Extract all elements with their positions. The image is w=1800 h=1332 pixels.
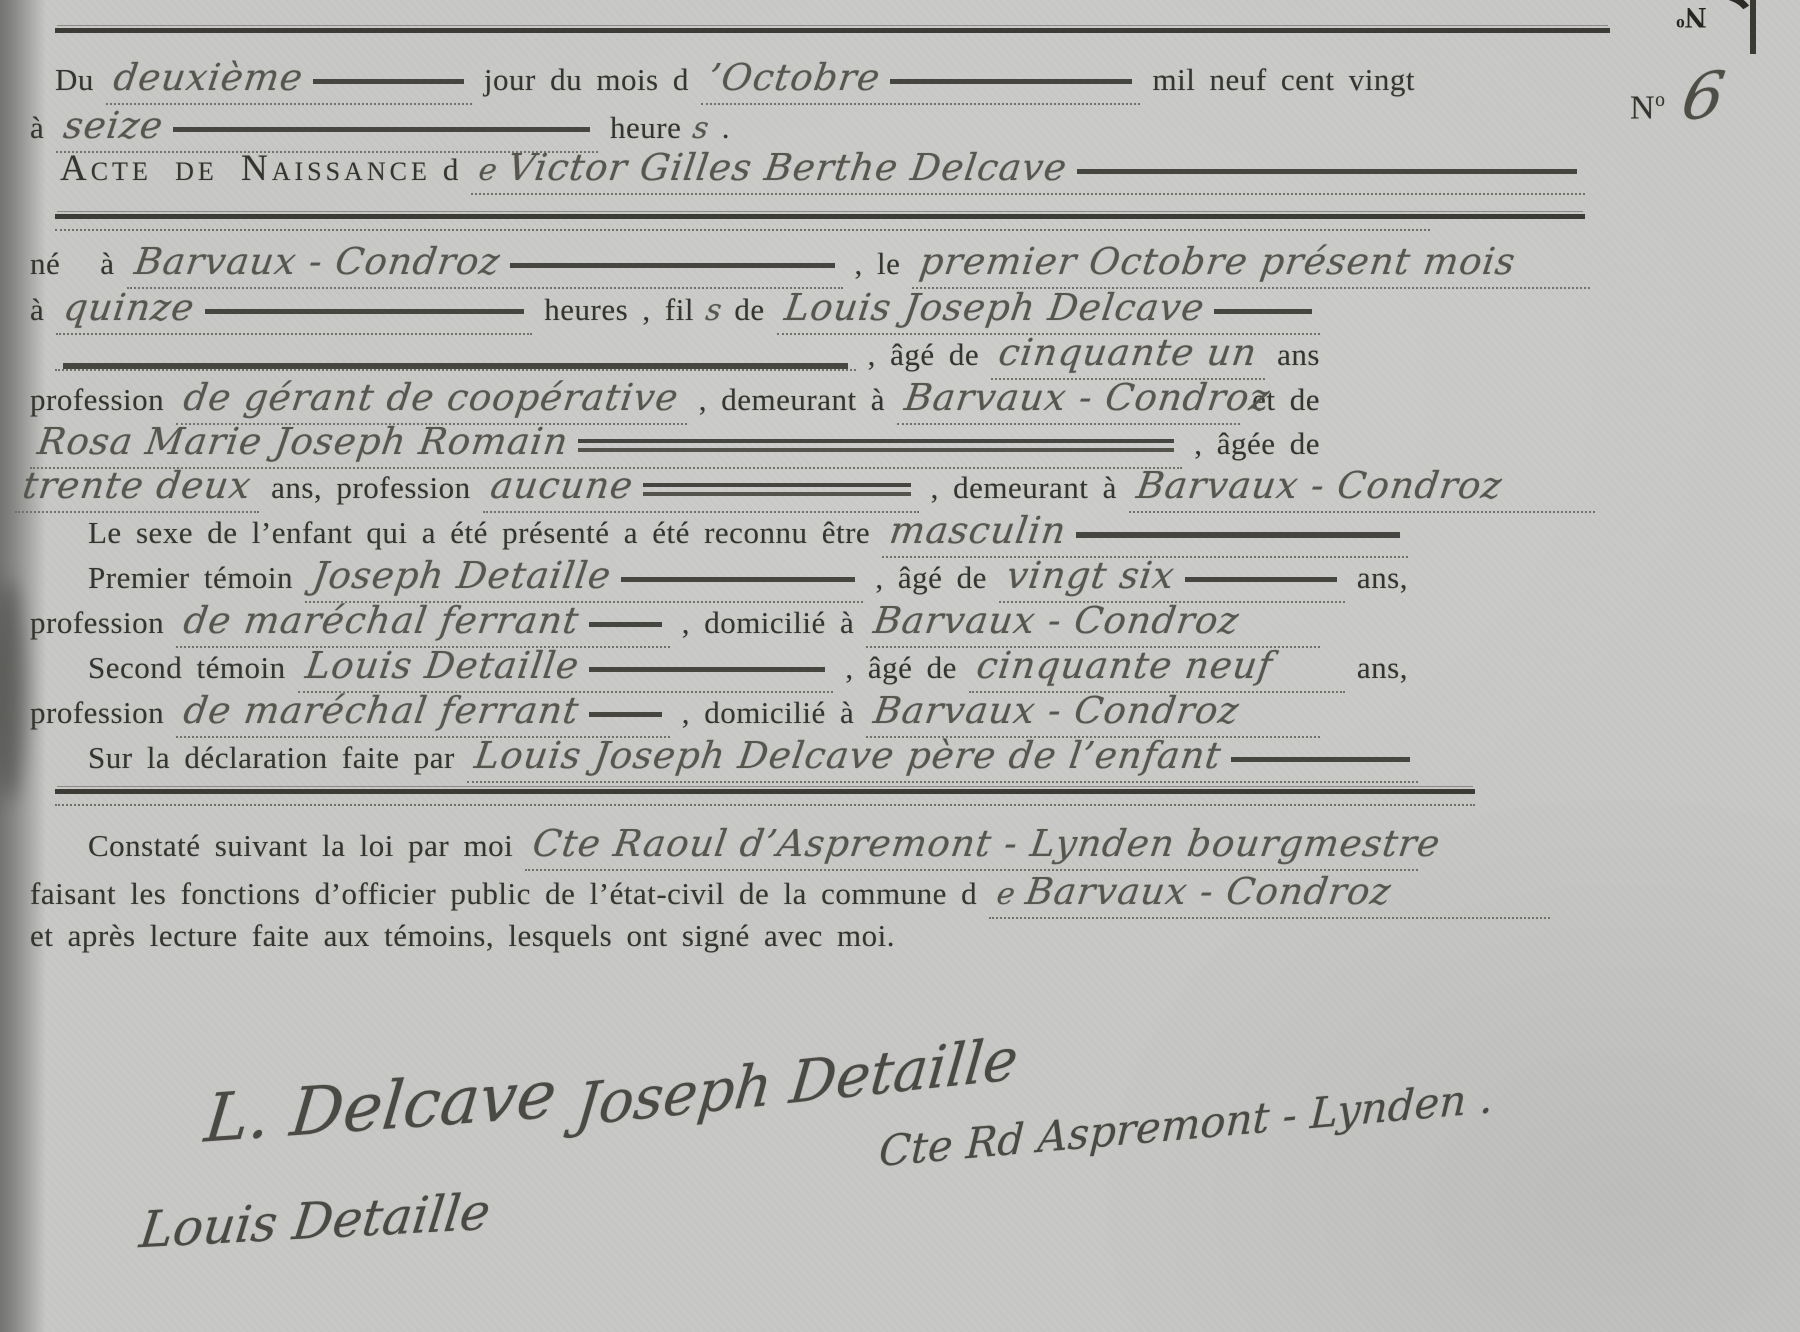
- separator-rule: [55, 214, 1585, 219]
- first-witness-name-field: Joseph Detaille: [305, 554, 863, 603]
- printed-text: .: [722, 110, 730, 146]
- ink-stroke: [205, 309, 524, 314]
- mother-profession-field: aucune: [483, 464, 919, 513]
- form-line-second-witness: Second témoin Louis Detaille , âgé de ci…: [88, 644, 1408, 693]
- handwritten-birthplace: Barvaux - Condroz: [132, 240, 503, 283]
- form-line-date: Du deuxième jour du mois d ’Octobre mil …: [55, 56, 1415, 105]
- handwritten-birthdate: premier Octobre présent mois: [917, 240, 1519, 283]
- first-witness-profession-field: de maréchal ferrant: [176, 599, 670, 648]
- printed-text: , âgé de: [845, 650, 957, 686]
- ink-stroke: [1231, 757, 1410, 762]
- ink-stroke: [890, 79, 1132, 84]
- form-line-birthplace: né à Barvaux - Condroz , le premier Octo…: [30, 240, 1590, 289]
- handwritten-first-witness-profession: de maréchal ferrant: [181, 599, 582, 642]
- father-profession-field: de gérant de coopérative: [176, 376, 687, 425]
- handwritten-first-witness-residence: Barvaux - Condroz: [871, 599, 1242, 642]
- printed-text: faisant les fonctions d’officier public …: [30, 876, 977, 912]
- form-line-declarant: Sur la déclaration faite par Louis Josep…: [88, 734, 1418, 783]
- act-title: Acte de Naissance: [60, 147, 431, 190]
- printed-text: , domicilié à: [682, 695, 855, 731]
- second-witness-age-field: cinquante neuf: [969, 644, 1345, 693]
- printed-text: Du: [55, 62, 94, 98]
- handwritten-father-profession: de gérant de coopérative: [181, 376, 682, 419]
- birth-hour-field: quinze: [56, 286, 532, 335]
- officer-name-field: Cte Raoul d’Aspremont - Lynden bourgmest…: [525, 822, 1418, 871]
- second-witness-name-field: Louis Detaille: [298, 644, 834, 693]
- child-name-field: e Victor Gilles Berthe Delcave: [471, 146, 1585, 195]
- printed-text: ans,: [1357, 560, 1408, 596]
- form-line-commune: faisant les fonctions d’officier public …: [30, 870, 1550, 919]
- printed-text: heure: [610, 110, 681, 146]
- printed-text: , demeurant à: [931, 470, 1117, 506]
- mother-name-field: Rosa Marie Joseph Romain: [30, 420, 1182, 469]
- printed-text: , âgé de: [875, 560, 987, 596]
- handwritten-officer-name: Cte Raoul d’Aspremont - Lynden bourgmest…: [530, 822, 1443, 865]
- ink-stroke: [313, 79, 464, 84]
- printed-text: ans, profession: [271, 470, 470, 506]
- ink-stroke: [1077, 169, 1577, 174]
- handwritten-declarant: Louis Joseph Delcave père de l’enfant: [472, 734, 1224, 777]
- handwritten-day: deuxième: [111, 56, 306, 99]
- form-line-title: Acte de Naissance d e Victor Gilles Bert…: [60, 146, 1585, 195]
- registry-number: No 6: [1630, 60, 1725, 134]
- handwritten-e: e: [476, 153, 500, 188]
- handwritten-father-residence: Barvaux - Condroz: [902, 376, 1273, 419]
- handwritten-second-witness-residence: Barvaux - Condroz: [871, 689, 1242, 732]
- handwritten-father-name: Louis Joseph Delcave: [782, 286, 1208, 329]
- printed-text: , domicilié à: [682, 605, 855, 641]
- handwritten-e: e: [995, 877, 1019, 912]
- form-line-second-witness-profession: profession de maréchal ferrant , domicil…: [30, 689, 1320, 738]
- number-value: 6: [1678, 58, 1731, 136]
- handwritten-s: s: [691, 111, 712, 146]
- handwritten-mother-residence: Barvaux - Condroz: [1134, 464, 1505, 507]
- top-rule: [55, 28, 1610, 33]
- printed-text: ans: [1277, 337, 1320, 373]
- form-line-first-witness: Premier témoin Joseph Detaille , âgé de …: [88, 554, 1408, 603]
- form-line-sex: Le sexe de l’enfant qui a été présenté a…: [88, 509, 1408, 558]
- handwritten-hour: seize: [61, 104, 166, 147]
- ink-stroke-double: [578, 439, 1174, 452]
- handwritten-second-witness: Louis Detaille: [303, 644, 582, 687]
- printed-text: , demeurant à: [699, 382, 885, 418]
- ink-stroke: [589, 622, 662, 627]
- handwritten-s: s: [704, 293, 725, 328]
- printed-text: de: [734, 292, 764, 328]
- ink-stroke: [1214, 309, 1312, 314]
- father-residence-field: Barvaux - Condroz: [897, 376, 1240, 425]
- printed-text: Premier témoin: [88, 560, 293, 596]
- ink-stroke: [589, 667, 826, 672]
- separator-rule: [55, 789, 1475, 794]
- form-line-mother-name: Rosa Marie Joseph Romain , âgée de: [30, 420, 1320, 469]
- birth-certificate-scan: No No 6 Du deuxième jour du mois d ’Octo…: [0, 0, 1800, 1332]
- form-line-closing: et après lecture faite aux témoins, lesq…: [30, 918, 895, 954]
- printed-text: à: [100, 246, 114, 282]
- handwritten-first-witness-age: vingt six: [1004, 554, 1178, 597]
- printed-text: Le sexe de l’enfant qui a été présenté a…: [88, 515, 870, 551]
- birthplace-field: Barvaux - Condroz: [127, 240, 843, 289]
- form-line-birth-hour-father: à quinze heures , fil s de Louis Joseph …: [30, 286, 1320, 335]
- second-witness-residence-field: Barvaux - Condroz: [866, 689, 1320, 738]
- form-line-father-profession: profession de gérant de coopérative , de…: [30, 376, 1320, 425]
- ink-stroke: [1185, 577, 1337, 582]
- corner-tick-line: [1750, 0, 1756, 54]
- printed-text: heures , fil: [544, 292, 694, 328]
- day-field: deuxième: [106, 56, 472, 105]
- father-name-field: Louis Joseph Delcave: [777, 286, 1320, 335]
- handwritten-second-witness-profession: de maréchal ferrant: [181, 689, 582, 732]
- printed-text: Constaté suivant la loi par moi: [88, 828, 513, 864]
- handwritten-sex: masculin: [887, 509, 1069, 552]
- printed-text: à: [30, 292, 44, 328]
- ink-stroke: [1076, 532, 1400, 538]
- commune-field: e Barvaux - Condroz: [989, 870, 1550, 919]
- father-age-field: cinquante un: [991, 331, 1265, 380]
- sex-field: masculin: [882, 509, 1408, 558]
- corner-handwritten-mark: [1688, 0, 1759, 43]
- separator-dotted: [55, 804, 1475, 806]
- handwritten-father-age: cinquante un: [996, 331, 1260, 374]
- mother-residence-field: Barvaux - Condroz: [1129, 464, 1595, 513]
- struck-blank-field: [55, 359, 856, 371]
- first-witness-age-field: vingt six: [999, 554, 1345, 603]
- ink-stroke: [510, 263, 835, 268]
- handwritten-mother-name: Rosa Marie Joseph Romain: [35, 420, 571, 463]
- printed-text: , âgé de: [868, 337, 980, 373]
- mother-age-field: trente deux: [15, 464, 259, 513]
- printed-text: , le: [855, 246, 901, 282]
- ink-stroke: [621, 577, 855, 582]
- number-label: No: [1630, 89, 1665, 127]
- handwritten-commune: Barvaux - Condroz: [1023, 870, 1394, 913]
- printed-text: , âgée de: [1194, 426, 1320, 462]
- printed-text: jour du mois d: [484, 62, 689, 98]
- printed-text: né: [30, 246, 60, 282]
- handwritten-birth-hour: quinze: [61, 286, 198, 329]
- handwritten-first-witness: Joseph Detaille: [310, 554, 614, 597]
- handwritten-child-name: Victor Gilles Berthe Delcave: [505, 146, 1070, 189]
- ink-stroke-double: [643, 483, 911, 496]
- first-witness-residence-field: Barvaux - Condroz: [866, 599, 1320, 648]
- signature-second-witness: Louis Detaille: [137, 1183, 494, 1260]
- ink-stroke: [589, 712, 662, 717]
- printed-text: Sur la déclaration faite par: [88, 740, 455, 776]
- form-line-officer: Constaté suivant la loi par moi Cte Raou…: [88, 822, 1418, 871]
- handwritten-mother-profession: aucune: [488, 464, 636, 507]
- printed-text: et après lecture faite aux témoins, lesq…: [30, 918, 895, 954]
- signature-father: L. Delcave: [201, 1055, 560, 1157]
- printed-text: Second témoin: [88, 650, 286, 686]
- printed-text: profession: [30, 605, 164, 641]
- printed-text: profession: [30, 695, 164, 731]
- birthdate-field: premier Octobre présent mois: [912, 240, 1590, 289]
- handwritten-mother-age: trente deux: [20, 464, 254, 507]
- printed-text: ans,: [1357, 650, 1408, 686]
- separator-dotted: [55, 229, 1430, 231]
- handwritten-second-witness-age: cinquante neuf: [974, 644, 1276, 687]
- handwritten-month: ’Octobre: [706, 56, 883, 99]
- form-line-first-witness-profession: profession de maréchal ferrant , domicil…: [30, 599, 1320, 648]
- printed-text: à: [30, 110, 44, 146]
- printed-year: mil neuf cent vingt: [1152, 62, 1415, 98]
- second-witness-profession-field: de maréchal ferrant: [176, 689, 670, 738]
- printed-text: profession: [30, 382, 164, 418]
- month-field: ’Octobre: [701, 56, 1141, 105]
- form-line-mother-age-profession: trente deux ans, profession aucune , dem…: [15, 464, 1595, 513]
- declarant-field: Louis Joseph Delcave père de l’enfant: [467, 734, 1418, 783]
- form-line-father-age: , âgé de cinquante un ans: [55, 331, 1320, 380]
- printed-text: d: [443, 152, 459, 188]
- ink-stroke: [173, 127, 590, 132]
- ink-stroke: [63, 363, 848, 369]
